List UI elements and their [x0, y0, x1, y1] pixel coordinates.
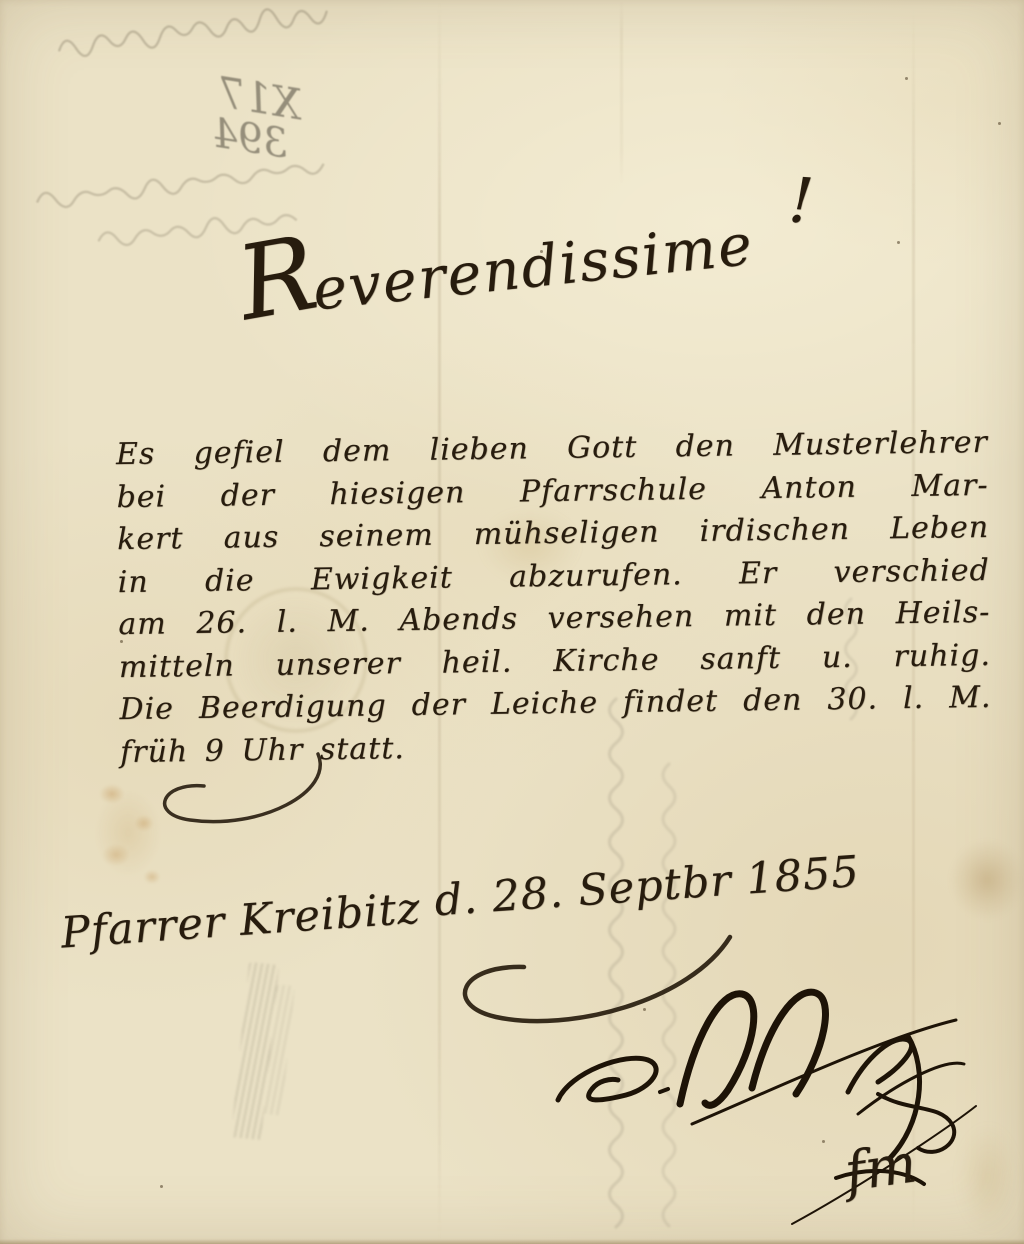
verso-ghost-date-line — [50, 0, 354, 70]
letter-body: Es gefiel dem lieben Gott den Musterlehr… — [116, 422, 993, 774]
signature-flourish — [552, 972, 992, 1244]
signature-mark: fm — [841, 1131, 920, 1203]
stain-right-edge — [950, 840, 1024, 920]
paper-speck — [897, 241, 900, 244]
dateline-place: Pfarrer Kreibitz — [59, 884, 422, 959]
pen-flourish-body — [120, 748, 380, 843]
letter-scan: X17 394 Reverendissime! Es gefiel dem — [0, 0, 1024, 1244]
paper-crease-vertical-top — [620, 0, 623, 185]
dateline-date: d. 28. Septbr 1855 — [433, 847, 861, 927]
salutation: Reverendissime! — [235, 182, 824, 332]
paper-speck — [905, 77, 908, 80]
paper-speck — [998, 122, 1001, 125]
paper-speck — [160, 1185, 163, 1188]
salutation-exclamation: ! — [787, 163, 818, 237]
salutation-rest: everendissime — [310, 212, 757, 324]
salutation-initial: R — [232, 232, 324, 326]
